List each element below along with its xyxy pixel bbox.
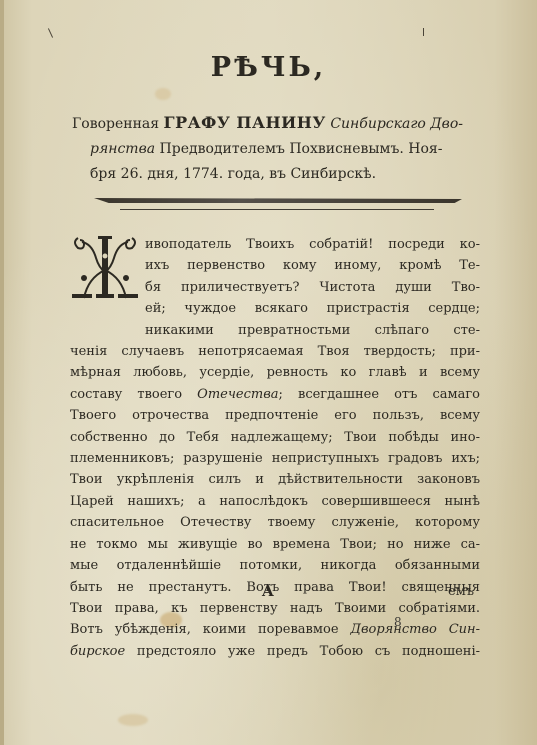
body-line: ченія случаевъ непотрясаемая Твоя твердо…	[70, 341, 480, 362]
body-line: Твоего отрочества предпочтеніе его польз…	[70, 405, 480, 426]
body-italic: Дворянство Син-	[350, 622, 480, 637]
subtitle-text: Предводителемъ Похвисневымъ. Ноя-	[155, 141, 442, 157]
scan-blemish	[48, 28, 53, 37]
foxing-stain	[118, 714, 148, 726]
subtitle-block: Говоренная ГРАФУ ПАНИНУ Синбирскаго Дво-…	[72, 110, 482, 187]
scanned-page: РѢЧЬ, Говоренная ГРАФУ ПАНИНУ Синбирскаг…	[0, 0, 537, 745]
body-line: Царей нашихъ; а напослѣдокъ совершившеес…	[70, 491, 480, 512]
body-line: мые отдаленнѣйшіе потомки, никогда обяза…	[70, 555, 480, 576]
subtitle-line-2: рянства Предводителемъ Похвисневымъ. Ноя…	[72, 137, 482, 162]
body-line: ивоподатель Твоихъ собратій! посреди ко-	[70, 234, 480, 255]
body-line: бя приличествуетъ? Чистота души Тво-	[70, 277, 480, 298]
body-line: мѣрная любовь, усердіе, ревность ко глав…	[70, 362, 480, 383]
body-line: ихъ первенство кому иному, кромѣ Те-	[70, 255, 480, 276]
body-line: бирское предстояло уже предъ Тобою съ по…	[70, 641, 480, 662]
body-line: собственно до Тебя надлежащему; Твои поб…	[70, 427, 480, 448]
body-italic: бирское	[70, 644, 125, 659]
body-line: Твои укрѣпленія силъ и дѣйствительности …	[70, 469, 480, 490]
ornamental-rule-thick	[94, 198, 462, 203]
body-line: ей; чуждое всякаго пристрастія сердце;	[70, 298, 480, 319]
catchword: емъ	[448, 584, 474, 599]
ornamental-rule-thin	[120, 209, 434, 210]
body-line: Вотъ убѣжденія, коими поревавмое Дворянс…	[70, 619, 480, 640]
body-line: Твои права, къ первенству надъ Твоими со…	[70, 598, 480, 619]
subtitle-text: Говоренная	[72, 116, 164, 132]
body-text: предстояло уже предъ Тобою съ подношені-	[125, 644, 480, 659]
body-line: никакими превратностьми слѣпаго сте-	[70, 320, 480, 341]
body-text: составу твоего	[70, 387, 197, 402]
body-line: спасительное Отечеству твоему служеніе, …	[70, 512, 480, 533]
subtitle-line-3: бря 26. дня, 1774. года, въ Синбирскѣ.	[72, 162, 482, 187]
body-text: Вотъ убѣжденія, коими поревавмое	[70, 622, 350, 637]
subtitle-caps: ГРАФУ ПАНИНУ	[164, 113, 326, 132]
subtitle-italic: Синбирскаго Дво-	[326, 116, 463, 132]
subtitle-italic: рянства	[90, 141, 155, 157]
handwritten-mark: 8	[394, 615, 402, 629]
subtitle-line-1: Говоренная ГРАФУ ПАНИНУ Синбирскаго Дво-	[72, 110, 482, 137]
body-text: ; всегдашнее отъ самаго	[279, 387, 480, 402]
body-line: быть не престанутъ. Вотъ права Твои! свя…	[70, 577, 480, 598]
signature-mark: A	[262, 582, 274, 600]
speech-body: ивоподатель Твоихъ собратій! посреди ко-…	[70, 234, 480, 662]
scan-blemish	[423, 28, 424, 36]
page-edge	[0, 0, 4, 745]
foxing-stain	[155, 88, 171, 100]
body-line: племенниковъ; разрушеніе неприступныхъ г…	[70, 448, 480, 469]
body-italic: Отечества	[197, 387, 278, 402]
body-line: составу твоего Отечества; всегдашнее отъ…	[70, 384, 480, 405]
page-title: РѢЧЬ,	[0, 52, 537, 83]
body-line: не токмо мы живущіе во времена Твои; но …	[70, 534, 480, 555]
